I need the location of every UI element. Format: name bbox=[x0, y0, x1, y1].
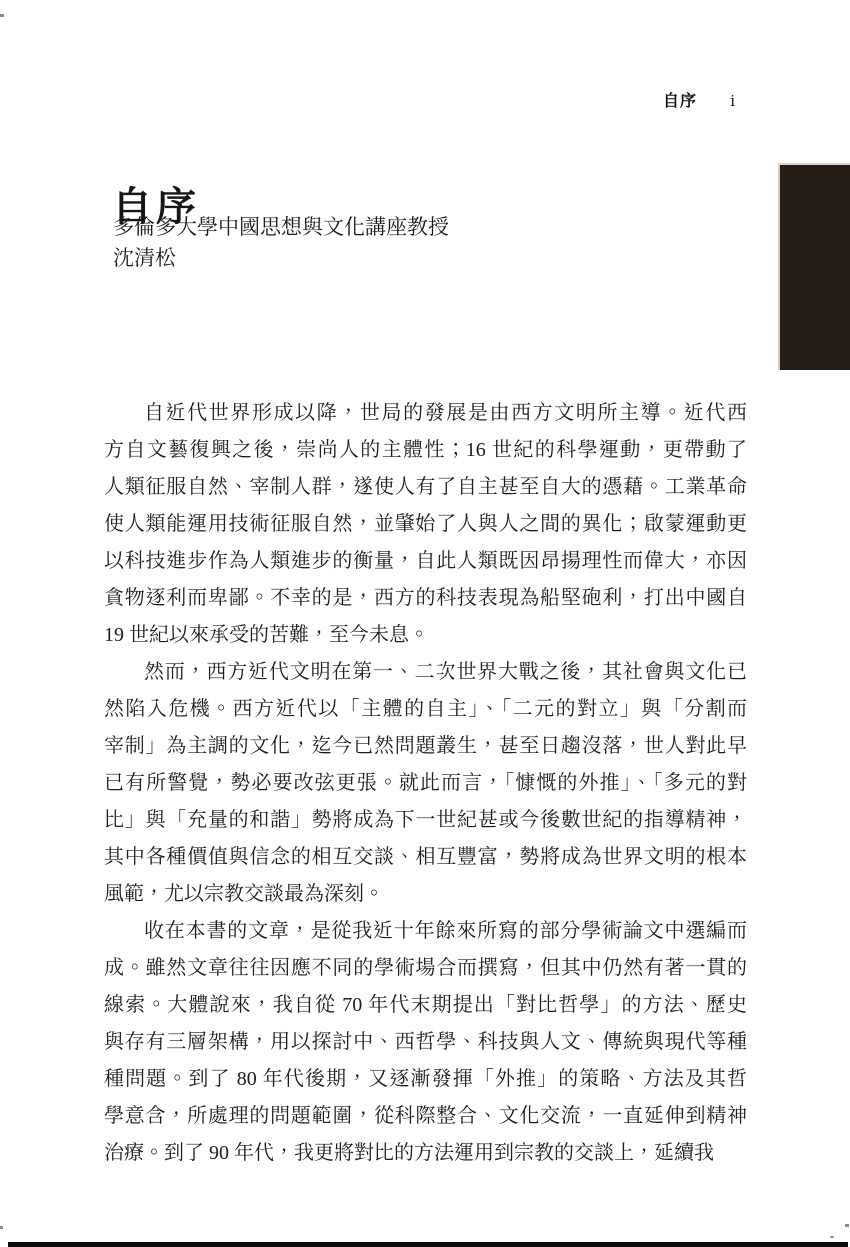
text-line: 人類征服自然、宰制人群，遂使人有了自主甚至自大的憑藉。工業革命 bbox=[104, 469, 747, 506]
text-line: 貪物逐利而卑鄙。不幸的是，西方的科技表現為船堅砲利，打出中國自 bbox=[104, 580, 747, 617]
text-line: 然而，西方近代文明在第一、二次世界大戰之後，其社會與文化已 bbox=[104, 654, 747, 691]
scan-artifact bbox=[845, 1224, 849, 1227]
author-block: 多倫多大學中國思想與文化講座教授 沈清松 bbox=[113, 212, 449, 274]
page-number: i bbox=[730, 92, 735, 110]
scan-artifact bbox=[830, 1236, 834, 1238]
author-name: 沈清松 bbox=[113, 243, 449, 274]
text-line: 以科技進步作為人類進步的衡量，自此人類既因昂揚理性而偉大，亦因 bbox=[104, 543, 747, 580]
text-line: 線索。大體說來，我自從 70 年代末期提出「對比哲學」的方法、歷史 bbox=[104, 987, 747, 1024]
text-line: 收在本書的文章，是從我近十年餘來所寫的部分學術論文中選編而 bbox=[104, 913, 747, 950]
body-text: 自近代世界形成以降，世局的發展是由西方文明所主導。近代西方自文藝復興之後，崇尚人… bbox=[104, 395, 747, 1172]
page-bottom-trim-bar bbox=[8, 1242, 848, 1247]
text-line: 19 世紀以來承受的苦難，至今未息。 bbox=[104, 617, 747, 654]
text-line: 然陷入危機。西方近代以「主體的自主」、「二元的對立」與「分割而 bbox=[104, 691, 747, 728]
text-line: 比」與「充量的和諧」勢將成為下一世紀甚或今後數世紀的指導精神， bbox=[104, 802, 747, 839]
paragraph: 然而，西方近代文明在第一、二次世界大戰之後，其社會與文化已然陷入危機。西方近代以… bbox=[104, 654, 747, 913]
paragraph: 收在本書的文章，是從我近十年餘來所寫的部分學術論文中選編而成。雖然文章往往因應不… bbox=[104, 913, 747, 1172]
text-line: 使人類能運用技術征服自然，並肇始了人與人之間的異化；啟蒙運動更 bbox=[104, 506, 747, 543]
running-head: 自序 i bbox=[663, 88, 735, 111]
text-line: 其中各種價值與信念的相互交談、相互豐富，勢將成為世界文明的根本 bbox=[104, 839, 747, 876]
text-line: 與存有三層架構，用以探討中、西哲學、科技與人文、傳統與現代等種 bbox=[104, 1024, 747, 1061]
text-line: 風範，尤以宗教交談最為深刻。 bbox=[104, 876, 747, 913]
scan-artifact bbox=[0, 1226, 3, 1229]
author-affiliation: 多倫多大學中國思想與文化講座教授 bbox=[113, 212, 449, 243]
text-line: 自近代世界形成以降，世局的發展是由西方文明所主導。近代西 bbox=[104, 395, 747, 432]
running-head-section-label: 自序 bbox=[663, 88, 697, 111]
paragraph: 自近代世界形成以降，世局的發展是由西方文明所主導。近代西方自文藝復興之後，崇尚人… bbox=[104, 395, 747, 654]
scan-artifact bbox=[0, 14, 4, 17]
text-line: 方自文藝復興之後，崇尚人的主體性；16 世紀的科學運動，更帶動了 bbox=[104, 432, 747, 469]
text-line: 種問題。到了 80 年代後期，又逐漸發揮「外推」的策略、方法及其哲 bbox=[104, 1061, 747, 1098]
chapter-thumb-tab bbox=[778, 163, 850, 370]
book-page: 自序 i 自序 多倫多大學中國思想與文化講座教授 沈清松 自近代世界形成以降，世… bbox=[0, 0, 850, 1247]
text-line: 已有所警覺，勢必要改弦更張。就此而言，「慷慨的外推」、「多元的對 bbox=[104, 765, 747, 802]
text-line: 成。雖然文章往往因應不同的學術場合而撰寫，但其中仍然有著一貫的 bbox=[104, 950, 747, 987]
text-line: 宰制」為主調的文化，迄今已然問題叢生，甚至日趨沒落，世人對此早 bbox=[104, 728, 747, 765]
text-line: 治療。到了 90 年代，我更將對比的方法運用到宗教的交談上，延續我 bbox=[104, 1135, 747, 1172]
text-line: 學意含，所處理的問題範圍，從科際整合、文化交流，一直延伸到精神 bbox=[104, 1098, 747, 1135]
